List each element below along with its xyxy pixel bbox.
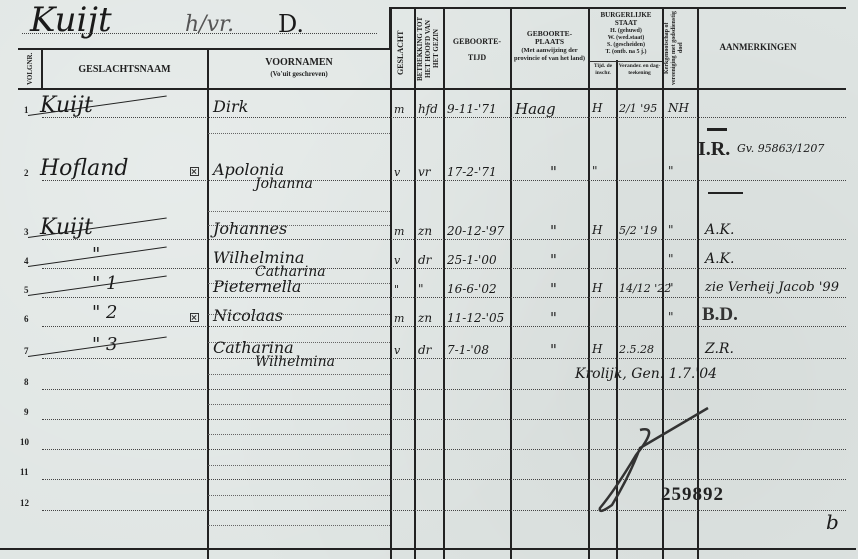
row-given: Johannes: [213, 219, 287, 238]
row-birthdate: 25-1-'00: [447, 253, 497, 267]
row-civil-date: 2.5.28: [619, 343, 654, 356]
row-line: [42, 510, 846, 511]
row-subline: [208, 434, 390, 435]
header-geboorteplaats-sub: (Met aanwijzing der provincie of van het…: [513, 47, 586, 62]
row-given-2: Johanna: [255, 176, 313, 192]
row-sex: v: [394, 344, 400, 357]
row-line: [42, 326, 846, 327]
col-divider-voornamen: [207, 49, 209, 559]
row-sex: ": [394, 283, 399, 296]
row-relation: ": [418, 282, 424, 296]
row-subline: [208, 525, 390, 526]
col-divider-tijd: [616, 60, 618, 559]
card-number: 259892: [661, 484, 724, 506]
row-subline: [208, 495, 390, 496]
row-number: 2: [24, 168, 29, 178]
row-birthplace: ": [550, 309, 557, 327]
header-top-border-right: [390, 7, 846, 9]
row-birthplace: Haag: [515, 100, 556, 118]
row-remarks: B.D.: [702, 304, 738, 326]
header-kerkgenootschap: Kerkgenootschap of vereeniging met godsd…: [664, 10, 696, 86]
row-remarks: Gv. 95863/1207: [737, 142, 824, 155]
row-civil-status: H: [592, 342, 602, 356]
row-civil-date: 14/12 '22: [619, 282, 671, 295]
row-relation: zn: [418, 224, 432, 238]
row-sex: m: [394, 312, 404, 325]
header-geboortetijd-2: TIJD: [444, 53, 510, 62]
row-birthplace: ": [550, 222, 557, 240]
row-surname: Kuijt: [40, 215, 93, 240]
row-subline: [208, 211, 390, 212]
row-surname: ": [92, 244, 100, 265]
row-church: ": [668, 281, 674, 295]
header-geboorteplaats-2: PLAATS: [511, 37, 588, 46]
row-relation: dr: [418, 343, 431, 357]
row-birthplace: ": [550, 251, 557, 269]
row-number: 8: [24, 377, 29, 387]
header-geboortetijd-1: GEBOORTE-: [444, 37, 510, 46]
row-number: 3: [24, 227, 29, 237]
row-birthdate: 20-12-'97: [447, 224, 504, 238]
header-bottom-border: [18, 88, 846, 90]
row-birthdate: 17-2-'71: [447, 165, 497, 179]
row-number: 6: [24, 314, 29, 324]
heading-surname: Kuijt: [30, 0, 112, 40]
corner-mark: b: [826, 510, 839, 534]
marker-box-icon: [190, 167, 199, 176]
row-line: [42, 239, 846, 240]
row-birthdate: 9-11-'71: [447, 102, 497, 116]
row-sex: v: [394, 166, 400, 179]
col-divider-voornamen-right: [390, 7, 392, 559]
col-divider-kerk: [697, 7, 699, 559]
header-burgerlijke-legend-3: T. (ontb. na 5 j.): [590, 49, 662, 55]
row-number: 5: [24, 285, 29, 295]
header-top-border-left: [18, 48, 390, 50]
row-line: [42, 479, 846, 480]
row-civil-status: H: [592, 101, 602, 115]
col-divider-betrekking: [443, 7, 445, 559]
row-sex: v: [394, 254, 400, 267]
header-voornamen-sub: (Vo'uit geschreven): [208, 70, 390, 78]
row-church: ": [668, 164, 674, 178]
row-church: ": [668, 310, 674, 324]
row-birthplace: ": [550, 163, 557, 181]
row-civil-date: 5/2 '19: [619, 224, 657, 237]
row-civil-status: H: [592, 223, 602, 237]
row-remarks: Z.R.: [705, 341, 734, 357]
row-number: 9: [24, 407, 29, 417]
header-burgerlijke-staat: BURGERLIJKE STAAT: [590, 11, 662, 27]
row-line: [42, 358, 846, 359]
registration-card: Kuijt h/vr. D. VOLGNR. GESLACHTSNAAM VOO…: [0, 0, 858, 559]
row-sex: m: [394, 225, 404, 238]
row-line: [42, 268, 846, 269]
header-burgerlijke-legend-2: S. (gescheiden): [590, 42, 662, 48]
col-divider-geslacht: [414, 7, 416, 559]
burgerlijke-sub-divider: [590, 61, 662, 62]
header-volgnr: VOLGNR.: [26, 52, 35, 86]
row-church: ": [668, 223, 674, 237]
col-divider-geboorteplaats: [588, 7, 590, 559]
stamp-ir: I.R.: [698, 138, 730, 161]
row-number: 4: [24, 256, 29, 266]
row-sex: m: [394, 103, 404, 116]
row-birthplace: ": [550, 280, 557, 298]
header-aanmerkingen: AANMERKINGEN: [698, 42, 818, 52]
row-subline: [208, 374, 390, 375]
row-relation: zn: [418, 311, 432, 325]
row-given: Nicolaas: [213, 306, 283, 325]
header-geslacht: GESLACHT: [396, 24, 405, 82]
header-betrekking: BETREKKING TOT HET HOOFD VAN HET GEZIN: [416, 12, 442, 86]
row-church: NH: [668, 101, 689, 115]
card-bottom-edge: [0, 548, 856, 550]
row-birthdate: 11-12-'05: [447, 311, 504, 325]
row-remarks: A.K.: [705, 251, 734, 267]
row-line: [42, 117, 846, 118]
header-voornamen: VOORNAMEN: [208, 57, 390, 68]
heading-dotted-line: [22, 33, 377, 34]
row-relation: vr: [418, 165, 431, 179]
row-surname: " 2: [92, 302, 117, 323]
row-civil-status: H: [592, 281, 602, 295]
row-line: [42, 449, 846, 450]
header-verander: Verander. en dag-teekening: [617, 63, 662, 77]
row-line: [42, 419, 846, 420]
header-burgerlijke-legend-0: H. (gehuwd): [590, 28, 662, 34]
row-relation: dr: [418, 253, 431, 267]
header-burgerlijke-legend-1: W. (wed.staat): [590, 35, 662, 41]
row-surname: Kuijt: [40, 93, 93, 118]
header-geslachtsnaam: GESLACHTSNAAM: [42, 64, 207, 75]
ir-bar-bottom: [708, 192, 743, 194]
row-number: 7: [24, 346, 29, 356]
row-birthdate: 7-1-'08: [447, 343, 489, 357]
row-surname: Hofland: [40, 156, 128, 181]
row-church: ": [668, 252, 674, 266]
row-number: 1: [24, 105, 29, 115]
row-line: [42, 297, 846, 298]
row-number: 10: [20, 437, 29, 447]
row-relation: hfd: [418, 102, 438, 116]
row-number: 11: [20, 467, 29, 477]
row-remarks: A.K.: [705, 222, 734, 238]
row-given-2: Wilhelmina: [255, 354, 335, 370]
row-number: 12: [20, 498, 29, 508]
row-civil-date: 2/1 '95: [619, 102, 657, 115]
row-subline: [208, 133, 390, 134]
ir-bar-top: [707, 128, 727, 131]
col-divider-geboortetijd: [510, 7, 512, 559]
marker-box-icon: [190, 313, 199, 322]
row-line: [42, 389, 846, 390]
row-subline: [208, 465, 390, 466]
row-given: Dirk: [213, 97, 248, 116]
header-tijd-inschr: Tijd. de inschr.: [590, 63, 616, 77]
row-birthplace: ": [550, 341, 557, 359]
row-remarks: zie Verheij Jacob '99: [705, 280, 839, 295]
row-line: [42, 180, 846, 181]
row-civil-status: ": [592, 164, 598, 178]
row7-extra-annotation: Krolijk, Gen. 1.7.'04: [575, 366, 717, 382]
row-birthdate: 16-6-'02: [447, 282, 497, 296]
row-subline: [208, 404, 390, 405]
row-given: Pieternella: [213, 277, 301, 296]
